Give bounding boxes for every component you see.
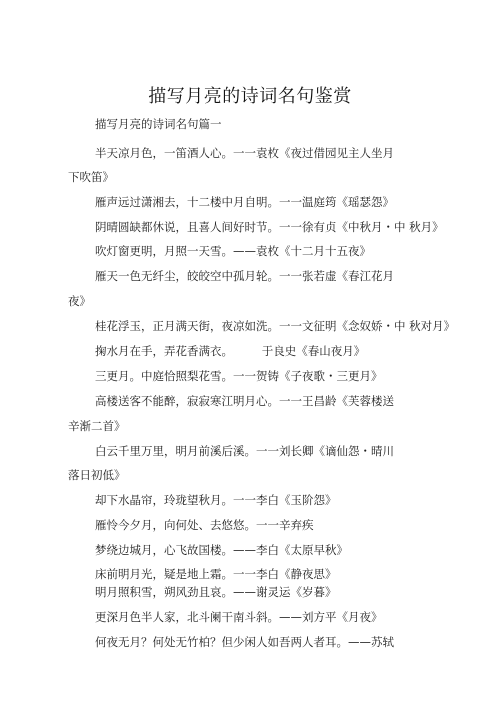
poem-line: 更深月色半人家，北斗阑干南斗斜。——刘方平《月夜》: [95, 609, 383, 625]
poem-line: 明月照积雪，朔风劲且哀。——谢灵运《岁暮》: [95, 584, 337, 600]
poem-line: 雁声远过潇湘去，十二楼中月自明。一一温庭筠《瑶瑟怨》: [95, 194, 394, 210]
poem-line: 三更月。中庭恰照梨花雪。一一贺铸《子夜歌・三更月》: [95, 368, 383, 384]
poem-line: 桂花浮玉，正月满天街，夜凉如洗。一一文征明《念奴娇・中 秋对月》: [95, 318, 455, 334]
poem-line: 何夜无月？何处无竹柏？但少闲人如吾两人者耳。——苏轼: [95, 634, 394, 650]
poem-line-continuation: 下吹笛》: [68, 169, 114, 185]
poem-line: 雁天一色无纤尘，皎皎空中孤月轮。一一张若虚《春江花月: [95, 268, 394, 284]
poem-line: 梦绕边城月，心飞故国楼。——李白《太原早秋》: [95, 542, 348, 558]
poem-line: 吹灯窗更明，月照一天雪。——袁枚《十二月十五夜》: [95, 243, 371, 259]
poem-line: 掬水月在手，弄花香满衣。 于良史《春山夜月》: [95, 343, 365, 359]
poem-line-continuation: 辛渐二首》: [68, 418, 126, 434]
poem-line: 却下水晶帘，玲珑望秋月。一一李白《玉阶怨》: [95, 492, 337, 508]
page-title: 描写月亮的诗词名句鉴赏: [0, 82, 500, 108]
poem-line: 雁怜今夕月，向何处、去悠悠。一一辛弃疾: [95, 517, 314, 533]
poem-line-continuation: 夜》: [68, 293, 91, 309]
poem-line: 高楼送客不能醉，寂寂寒江明月心。一一王昌龄《芙蓉楼送: [95, 393, 394, 409]
poem-line: 描写月亮的诗词名句篇一: [95, 116, 222, 132]
poem-line: 阴晴圆缺都休说，且喜人间好时节。一一徐有贞《中秋月・中 秋月》: [95, 219, 444, 235]
poem-line-continuation: 落日初低》: [68, 467, 126, 483]
poem-line: 白云千里万里，明月前溪后溪。一一刘长卿《谪仙怨・晴川: [95, 443, 394, 459]
poem-line: 床前明月光，疑是地上霜。一一李白《静夜思》: [95, 566, 337, 582]
poem-line: 半天凉月色，一笛酒人心。一一袁枚《夜过借园见主人坐月: [95, 145, 394, 161]
